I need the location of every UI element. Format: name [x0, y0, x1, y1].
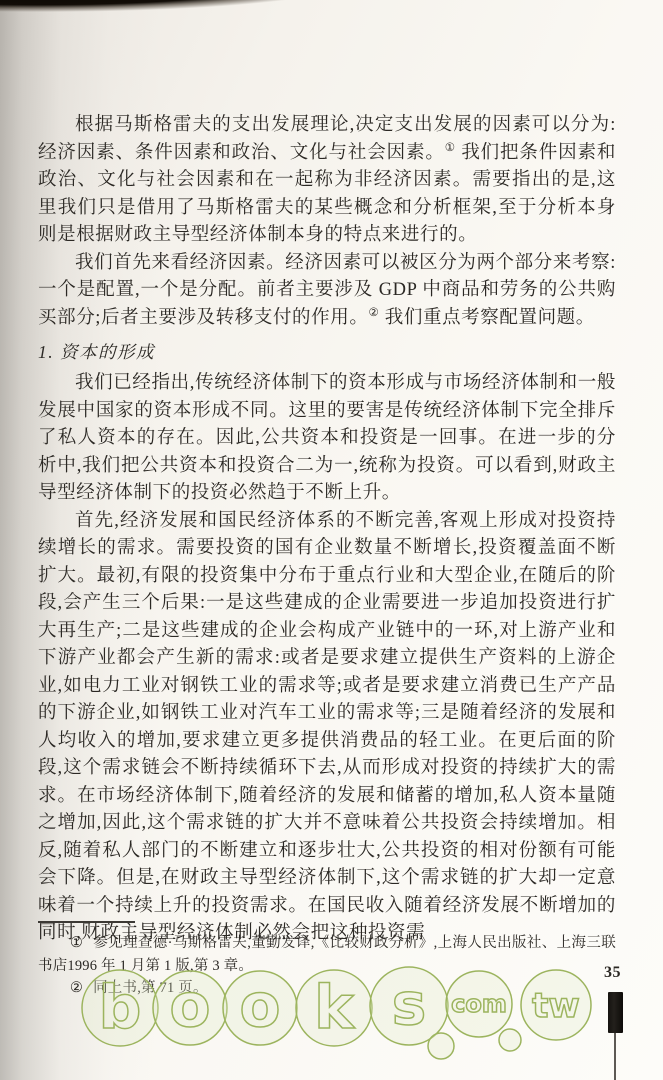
footnote-1-marker: ①	[70, 935, 83, 951]
page-edge-line	[614, 1033, 616, 1080]
scan-edge-shadow	[0, 0, 663, 30]
footnote-2: ②同上书,第 71 页。	[38, 977, 616, 1000]
footnote-2-marker: ②	[70, 980, 83, 996]
page-edge-tab	[608, 992, 623, 1033]
book-page-scan: 根据马斯格雷夫的支出发展理论,决定支出发展的因素可以分为:经济因素、条件因素和政…	[0, 0, 663, 1080]
footnote-2-text: 同上书,第 71 页。	[93, 980, 208, 996]
page-number: 35	[604, 964, 621, 982]
body-text: 根据马斯格雷夫的支出发展理论,决定支出发展的因素可以分为:经济因素、条件因素和政…	[38, 112, 616, 948]
watermark-bubble-com-tail-icon	[499, 1029, 521, 1051]
footnote-divider	[38, 921, 135, 923]
paragraph-2: 我们首先来看经济因素。经济因素可以被区分为两个部分来考察:一个是配置,一个是分配…	[38, 250, 616, 333]
footnote-1: ①参见理查德·马斯格雷夫,董勤发译,《比较财政分析》,上海人民出版社、上海三联书…	[38, 932, 616, 977]
footnotes-section: ①参见理查德·马斯格雷夫,董勤发译,《比较财政分析》,上海人民出版社、上海三联书…	[38, 921, 616, 1000]
paragraph-1: 根据马斯格雷夫的支出发展理论,决定支出发展的因素可以分为:经济因素、条件因素和政…	[38, 112, 616, 250]
watermark-bubble-s-tail-icon	[428, 1033, 454, 1059]
footnote-1-text: 参见理查德·马斯格雷夫,董勤发译,《比较财政分析》,上海人民出版社、上海三联书店…	[38, 935, 616, 974]
paragraph-3: 我们已经指出,传统经济体制下的资本形成与市场经济体制和一般发展中国家的资本形成不…	[38, 370, 616, 508]
paragraph-4: 首先,经济发展和国民经济体系的不断完善,客观上形成对投资持续增长的需求。需要投资…	[38, 508, 616, 948]
paragraph-2-continuation: 我们重点考察配置问题。	[385, 308, 595, 328]
section-heading: 1. 资本的形成	[38, 339, 616, 366]
footnote-ref-1: ①	[445, 142, 456, 154]
footnote-ref-2: ②	[368, 307, 378, 319]
